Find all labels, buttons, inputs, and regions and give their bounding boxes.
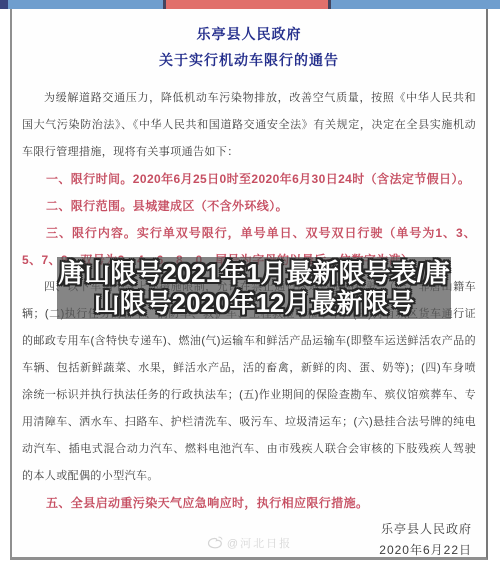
watermark: @河北日报 bbox=[12, 535, 486, 551]
caption-line-2: 山限号2020年12月最新限号 bbox=[94, 288, 415, 318]
topbar-blue-segment-left bbox=[8, 0, 163, 9]
notice-item-emergency-response: 五、全县启动重污染天气应急响应时，执行相应限行措施。 bbox=[12, 490, 486, 517]
notice-intro-paragraph: 为缓解道路交通压力，降低机动车污染物排放，改善空气质量，按照《中华人民共和国大气… bbox=[12, 85, 486, 166]
notice-subtitle: 关于实行机动车限行的通告 bbox=[12, 50, 486, 70]
caption-line-1: 唐山限号2021年1月最新限号表/唐 bbox=[58, 258, 450, 288]
notice-item-restriction-time: 一、限行时间。2020年6月25日0时至2020年6月30日24时（含法定节假日… bbox=[12, 166, 486, 193]
top-border-bar bbox=[0, 0, 500, 9]
notice-item-restriction-area: 二、限行范围。县城建成区（不含外环线）。 bbox=[12, 193, 486, 220]
topbar-corner-segment bbox=[0, 0, 8, 9]
screenshot-stage: 乐亭县人民政府 关于实行机动车限行的通告 为缓解道路交通压力，降低机动车污染物排… bbox=[0, 0, 500, 566]
weibo-spiral-icon bbox=[206, 535, 224, 550]
topbar-blue-segment-right bbox=[331, 0, 500, 9]
notice-title: 乐亭县人民政府 bbox=[12, 24, 486, 44]
caption-overlay: 唐山限号2021年1月最新限号表/唐 山限号2020年12月最新限号 bbox=[57, 257, 451, 319]
topbar-red-segment bbox=[166, 0, 328, 9]
watermark-text: @河北日报 bbox=[227, 538, 292, 550]
